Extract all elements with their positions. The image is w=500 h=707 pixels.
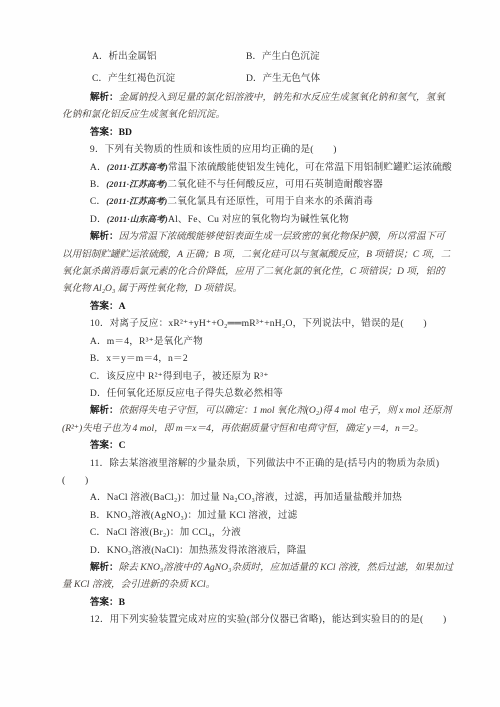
analysis-label: 解析： — [90, 405, 119, 416]
q11-analysis-text: 除去 KNO₃溶液中的 AgNO₃杂质时，应加适量的 KCl 溶液，然后过滤，如… — [62, 562, 453, 590]
analysis-label: 解析： — [90, 92, 119, 103]
q9-option-d-source-tag: (2011·山东高考) — [107, 214, 168, 224]
exam-document-page: A．析出金属铝 B．产生白色沉淀 C．产生红褐色沉淀 D．产生无色气体 解析：金… — [0, 0, 500, 707]
q8-options-row-2: C．产生红褐色沉淀 D．产生无色气体 — [62, 68, 454, 90]
q8-option-b: B．产生白色沉淀 — [246, 46, 320, 68]
q9-analysis: 解析：因为常温下浓硫酸能够使铝表面生成一层致密的氧化物保护膜，所以常温下可以用铝… — [62, 228, 454, 298]
q11-answer-value: B — [119, 597, 125, 608]
q12-stem: 12．用下列实验装置完成对应的实验(部分仪器已省略)，能达到实验目的的是( ) — [62, 611, 454, 628]
q11-option-a: A．NaCl 溶液(BaCl₂)：加过量 Na₂CO₃溶液，过滤，再加适量盐酸并… — [62, 489, 454, 506]
q10-answer-value: C — [119, 440, 126, 451]
q9-option-b-text: 二氧化硅不与任何酸反应，可用石英制造耐酸容器 — [167, 179, 382, 190]
q8-options-row-1: A．析出金属铝 B．产生白色沉淀 — [62, 46, 454, 68]
q9-option-a-text: 常温下浓硫酸能使铝发生钝化，可在常温下用铝制贮罐贮运浓硫酸 — [168, 162, 452, 173]
q8-option-c: C．产生红褐色沉淀 — [92, 68, 246, 90]
q9-option-b-source-tag: (2011·江苏高考) — [106, 179, 167, 189]
q11-option-c: C．NaCl 溶液(Br₂)：加 CCl₄，分液 — [62, 524, 454, 541]
analysis-label: 解析： — [90, 231, 119, 242]
q9-option-c-letter: C． — [90, 196, 106, 207]
q10-option-b: B．x＝y＝m＝4，n＝2 — [62, 350, 454, 367]
q11-answer: 答案：B — [62, 594, 454, 611]
q9-option-c-source-tag: (2011·江苏高考) — [106, 196, 167, 206]
q9-option-d: D．(2011·山东高考)Al、Fe、Cu 对应的氧化物均为碱性氧化物 — [62, 211, 454, 228]
q8-answer-value: BD — [119, 127, 132, 138]
q9-option-a-letter: A． — [90, 162, 107, 173]
q9-stem: 9．下列有关物质的性质和该性质的应用均正确的是( ) — [62, 141, 454, 158]
q10-analysis-text: 依据得失电子守恒，可以确定：1 mol 氧化剂(O₂)得 4 mol 电子，则 … — [62, 405, 451, 433]
answer-label: 答案： — [90, 301, 119, 312]
analysis-label: 解析： — [90, 562, 119, 573]
question-12: 12．用下列实验装置完成对应的实验(部分仪器已省略)，能达到实验目的的是( ) — [62, 611, 454, 628]
q11-option-d: D．KNO₃溶液(NaCl)：加热蒸发得浓溶液后，降温 — [62, 542, 454, 559]
q9-option-a: A．(2011·江苏高考)常温下浓硫酸能使铝发生钝化，可在常温下用铝制贮罐贮运浓… — [62, 159, 454, 176]
q10-option-d: D．任何氧化还原反应电子得失总数必然相等 — [62, 385, 454, 402]
q8-option-a: A．析出金属铝 — [92, 46, 246, 68]
question-9: 9．下列有关物质的性质和该性质的应用均正确的是( ) A．(2011·江苏高考)… — [62, 141, 454, 315]
question-10: 10．对离子反应：xR²⁺+yH⁺+O₂══mR³⁺+nH₂O，下列说法中，错误… — [62, 315, 454, 454]
q11-stem: 11．除去某溶液里溶解的少量杂质，下列做法中不正确的是(括号内的物质为杂质)( … — [62, 455, 454, 490]
q9-answer: 答案：A — [62, 298, 454, 315]
q9-analysis-text: 因为常温下浓硫酸能够使铝表面生成一层致密的氧化物保护膜，所以常温下可以用铝制贮罐… — [62, 231, 450, 294]
q8-answer: 答案：BD — [62, 124, 454, 141]
answer-label: 答案： — [90, 597, 119, 608]
q11-option-b: B．KNO₃溶液(AgNO₃)：加过量 KCl 溶液，过滤 — [62, 507, 454, 524]
q9-answer-value: A — [119, 301, 126, 312]
q9-option-d-text: Al、Fe、Cu 对应的氧化物均为碱性氧化物 — [168, 214, 349, 225]
q9-option-b: B．(2011·江苏高考)二氧化硅不与任何酸反应，可用石英制造耐酸容器 — [62, 176, 454, 193]
answer-label: 答案： — [90, 440, 119, 451]
q9-option-b-letter: B． — [90, 179, 106, 190]
q10-stem: 10．对离子反应：xR²⁺+yH⁺+O₂══mR³⁺+nH₂O，下列说法中，错误… — [62, 315, 454, 332]
q9-option-c-text: 二氧化氯具有还原性，可用于自来水的杀菌消毒 — [167, 196, 373, 207]
q8-option-d: D．产生无色气体 — [246, 68, 320, 90]
q8-analysis-text: 金属钠投入到足量的氯化铝溶液中，钠先和水反应生成氢氧化钠和氢气，氢氧化钠和氯化铝… — [62, 92, 445, 120]
answer-label: 答案： — [90, 127, 119, 138]
q11-analysis: 解析：除去 KNO₃溶液中的 AgNO₃杂质时，应加适量的 KCl 溶液，然后过… — [62, 559, 454, 594]
q10-option-a: A．m＝4，R³⁺是氧化产物 — [62, 333, 454, 350]
q8-analysis: 解析：金属钠投入到足量的氯化铝溶液中，钠先和水反应生成氢氧化钠和氢气，氢氧化钠和… — [62, 89, 454, 124]
question-8: A．析出金属铝 B．产生白色沉淀 C．产生红褐色沉淀 D．产生无色气体 解析：金… — [62, 46, 454, 141]
q9-option-d-letter: D． — [90, 214, 107, 225]
q10-option-c: C．该反应中 R²⁺得到电子，被还原为 R³⁺ — [62, 368, 454, 385]
q9-option-c: C．(2011·江苏高考)二氧化氯具有还原性，可用于自来水的杀菌消毒 — [62, 193, 454, 210]
q10-answer: 答案：C — [62, 437, 454, 454]
question-11: 11．除去某溶液里溶解的少量杂质，下列做法中不正确的是(括号内的物质为杂质)( … — [62, 455, 454, 612]
q10-analysis: 解析：依据得失电子守恒，可以确定：1 mol 氧化剂(O₂)得 4 mol 电子… — [62, 402, 454, 437]
q9-option-a-source-tag: (2011·江苏高考) — [107, 162, 168, 172]
